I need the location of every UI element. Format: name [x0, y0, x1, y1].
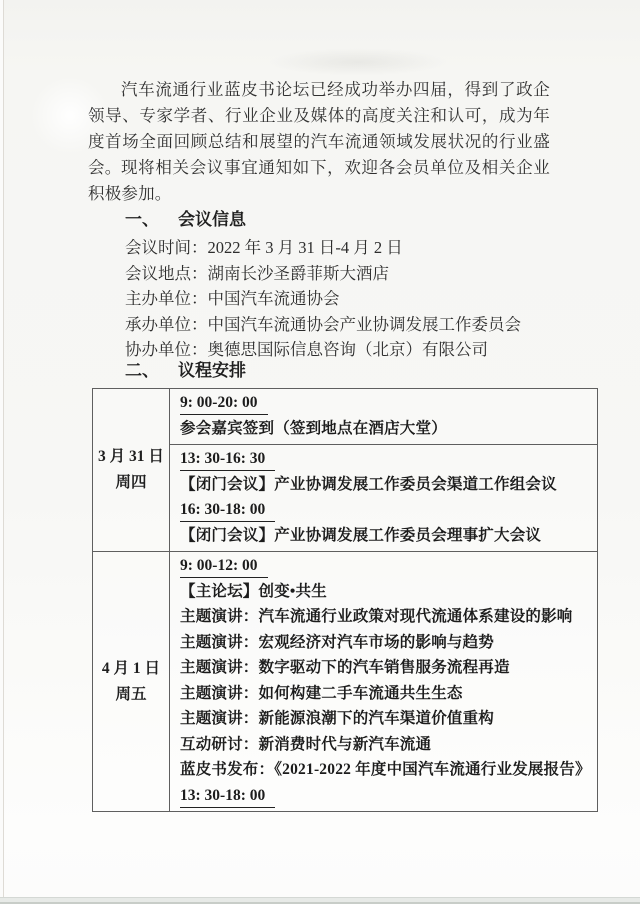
- event-item: 主题演讲：新能源浪潮下的汽车渠道价值重构: [180, 706, 593, 732]
- date-text: 4 月 1 日: [102, 656, 160, 682]
- schedule-cell: 13: 30-16: 30 【闭门会议】产业协调发展工作委员会渠道工作组会议 1…: [170, 445, 597, 551]
- event-item: 参会嘉宾签到（签到地点在酒店大堂）: [180, 416, 593, 442]
- section-heading-agenda: 二、议程安排: [125, 358, 246, 384]
- info-line-venue: 会议地点：湖南长沙圣爵菲斯大酒店: [125, 261, 521, 287]
- intro-paragraph-2: 现将相关会议事宜通知如下，欢迎各会员单位及相关企业积极参加。: [88, 155, 550, 207]
- time-range: 9: 00-12: 00: [180, 553, 593, 579]
- event-item: 主题演讲：数字驱动下的汽车销售服务流程再造: [180, 655, 593, 681]
- agenda-table: 3 月 31 日 周四 9: 00-20: 00 参会嘉宾签到（签到地点在酒店大…: [92, 388, 598, 812]
- scan-smudge-artifact: [268, 48, 448, 76]
- weekday-text: 周五: [115, 682, 146, 708]
- date-cell: 3 月 31 日 周四: [93, 389, 170, 551]
- date-text: 3 月 31 日: [98, 444, 164, 470]
- section-number: 二、: [125, 361, 159, 380]
- event-item: 主题演讲：汽车流通行业政策对现代流通体系建设的影响: [180, 604, 593, 630]
- schedule-cell: 9: 00-12: 00 【主论坛】创变•共生 主题演讲：汽车流通行业政策对现代…: [170, 552, 597, 811]
- table-row-march-31: 3 月 31 日 周四 9: 00-20: 00 参会嘉宾签到（签到地点在酒店大…: [93, 389, 597, 552]
- info-line-host: 主办单位：中国汽车流通协会: [125, 286, 521, 312]
- table-row-april-1: 4 月 1 日 周五 9: 00-12: 00 【主论坛】创变•共生 主题演讲：…: [93, 552, 597, 811]
- schedule-cells: 9: 00-20: 00 参会嘉宾签到（签到地点在酒店大堂） 13: 30-16…: [170, 389, 597, 551]
- time-range: 13: 30-16: 30: [180, 446, 593, 472]
- event-item: 【闭门会议】产业协调发展工作委员会渠道工作组会议: [180, 472, 593, 498]
- section-number: 一、: [125, 210, 159, 229]
- time-range: 9: 00-20: 00: [180, 390, 593, 416]
- time-range: 16: 30-18: 00: [180, 497, 593, 523]
- event-item: 【主论坛】创变•共生: [180, 579, 593, 605]
- scan-left-edge: [0, 0, 4, 904]
- weekday-text: 周四: [115, 470, 146, 496]
- time-range: 13: 30-18: 00: [180, 783, 593, 809]
- scanned-document-page: 汽车流通行业蓝皮书论坛已经成功举办四届，得到了政企领导、专家学者、行业企业及媒体…: [0, 0, 640, 904]
- schedule-cells: 9: 00-12: 00 【主论坛】创变•共生 主题演讲：汽车流通行业政策对现代…: [170, 552, 597, 811]
- meeting-info-list: 会议时间：2022 年 3 月 31 日-4 月 2 日 会议地点：湖南长沙圣爵…: [125, 235, 521, 363]
- info-line-time: 会议时间：2022 年 3 月 31 日-4 月 2 日: [125, 235, 521, 261]
- date-cell: 4 月 1 日 周五: [93, 552, 170, 811]
- info-line-organizer: 承办单位：中国汽车流通协会产业协调发展工作委员会: [125, 312, 521, 338]
- event-item: 互动研讨：新消费时代与新汽车流通: [180, 732, 593, 758]
- event-item: 主题演讲：宏观经济对汽车市场的影响与趋势: [180, 630, 593, 656]
- schedule-cell: 9: 00-20: 00 参会嘉宾签到（签到地点在酒店大堂）: [170, 389, 597, 445]
- section-title: 议程安排: [178, 361, 246, 380]
- section-title: 会议信息: [178, 210, 246, 229]
- event-item: 主题演讲：如何构建二手车流通共生生态: [180, 681, 593, 707]
- event-item: 蓝皮书发布：《2021-2022 年度中国汽车流通行业发展报告》: [180, 757, 593, 783]
- event-item: 【闭门会议】产业协调发展工作委员会理事扩大会议: [180, 523, 593, 549]
- scan-bottom-edge: [0, 897, 640, 904]
- section-heading-meeting-info: 一、会议信息: [125, 207, 246, 233]
